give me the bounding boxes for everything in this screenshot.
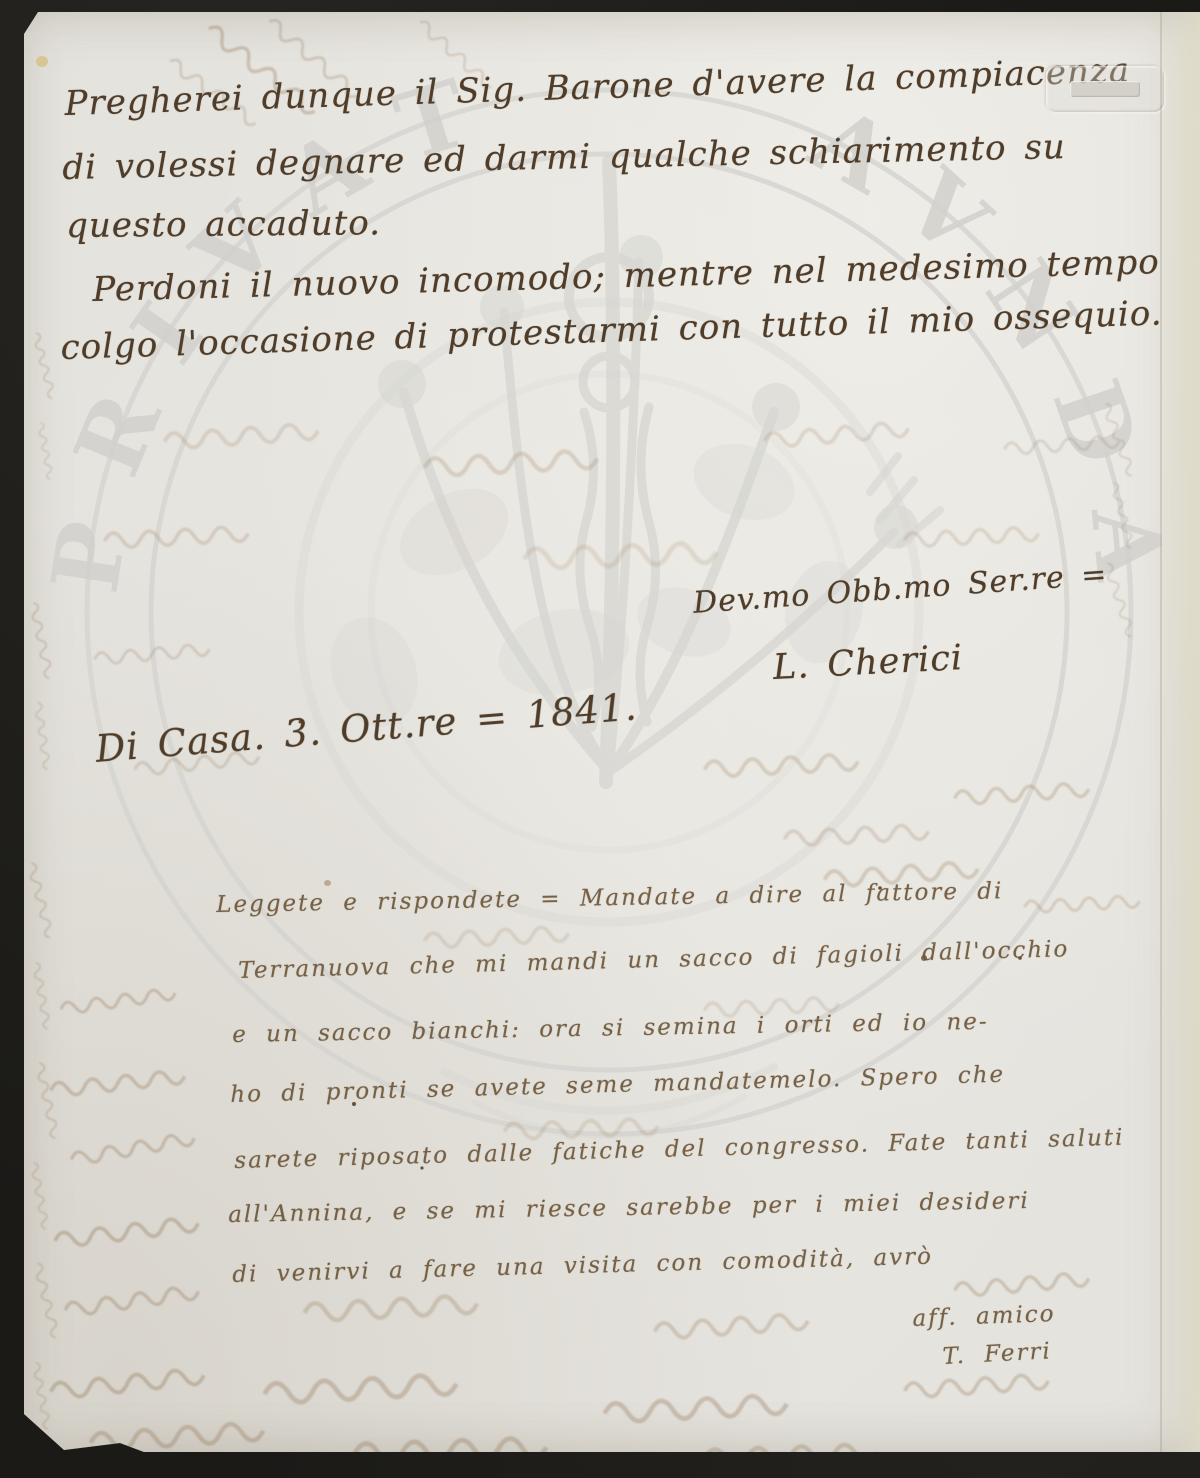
letter-paper: PRIVAT AVNDA	[24, 12, 1200, 1452]
handwritten-line: questo accaduto.	[66, 203, 381, 246]
stain-spot	[36, 56, 48, 67]
postscript-line: di venirvi a fare una visita con comodit…	[232, 1244, 933, 1288]
handwritten-line: di volessi degnare ed darmi qualche schi…	[62, 127, 1066, 188]
paper-fold-line	[1160, 12, 1162, 1452]
paper-edge-strip	[1160, 12, 1200, 1452]
embossed-corner-stamp	[1046, 66, 1164, 112]
postscript-line: sarete riposato dalle fatiche del congre…	[234, 1125, 1125, 1174]
postscript-line: ho di pronti se avete seme mandatemelo. …	[230, 1062, 1005, 1108]
postscript-line: Terranuova che mi mandi un sacco di fagi…	[238, 936, 1070, 984]
handwritten-line: Pregherei dunque il Sig. Barone d'avere …	[64, 51, 1131, 124]
postscript-closing: aff. amico	[912, 1301, 1056, 1332]
scan-background: PRIVAT AVNDA	[0, 0, 1200, 1478]
stain-spot	[324, 880, 331, 886]
valediction-line: Dev.mo Obb.mo Ser.re =	[692, 557, 1108, 621]
postscript-signature: T. Ferri	[942, 1338, 1052, 1370]
postscript-line: all'Annina, e se mi riesce sarebbe per i…	[228, 1188, 1030, 1228]
postscript-line: e un sacco bianchi: ora si semina i orti…	[232, 1009, 989, 1048]
postscript-line: Leggete e rispondete = Mandate a dire al…	[216, 878, 1004, 918]
signature: L. Cherici	[772, 638, 964, 688]
dateline: Di Casa. 3. Ott.re = 1841.	[94, 685, 639, 770]
embossed-stamp-inner-bar	[1070, 81, 1140, 97]
